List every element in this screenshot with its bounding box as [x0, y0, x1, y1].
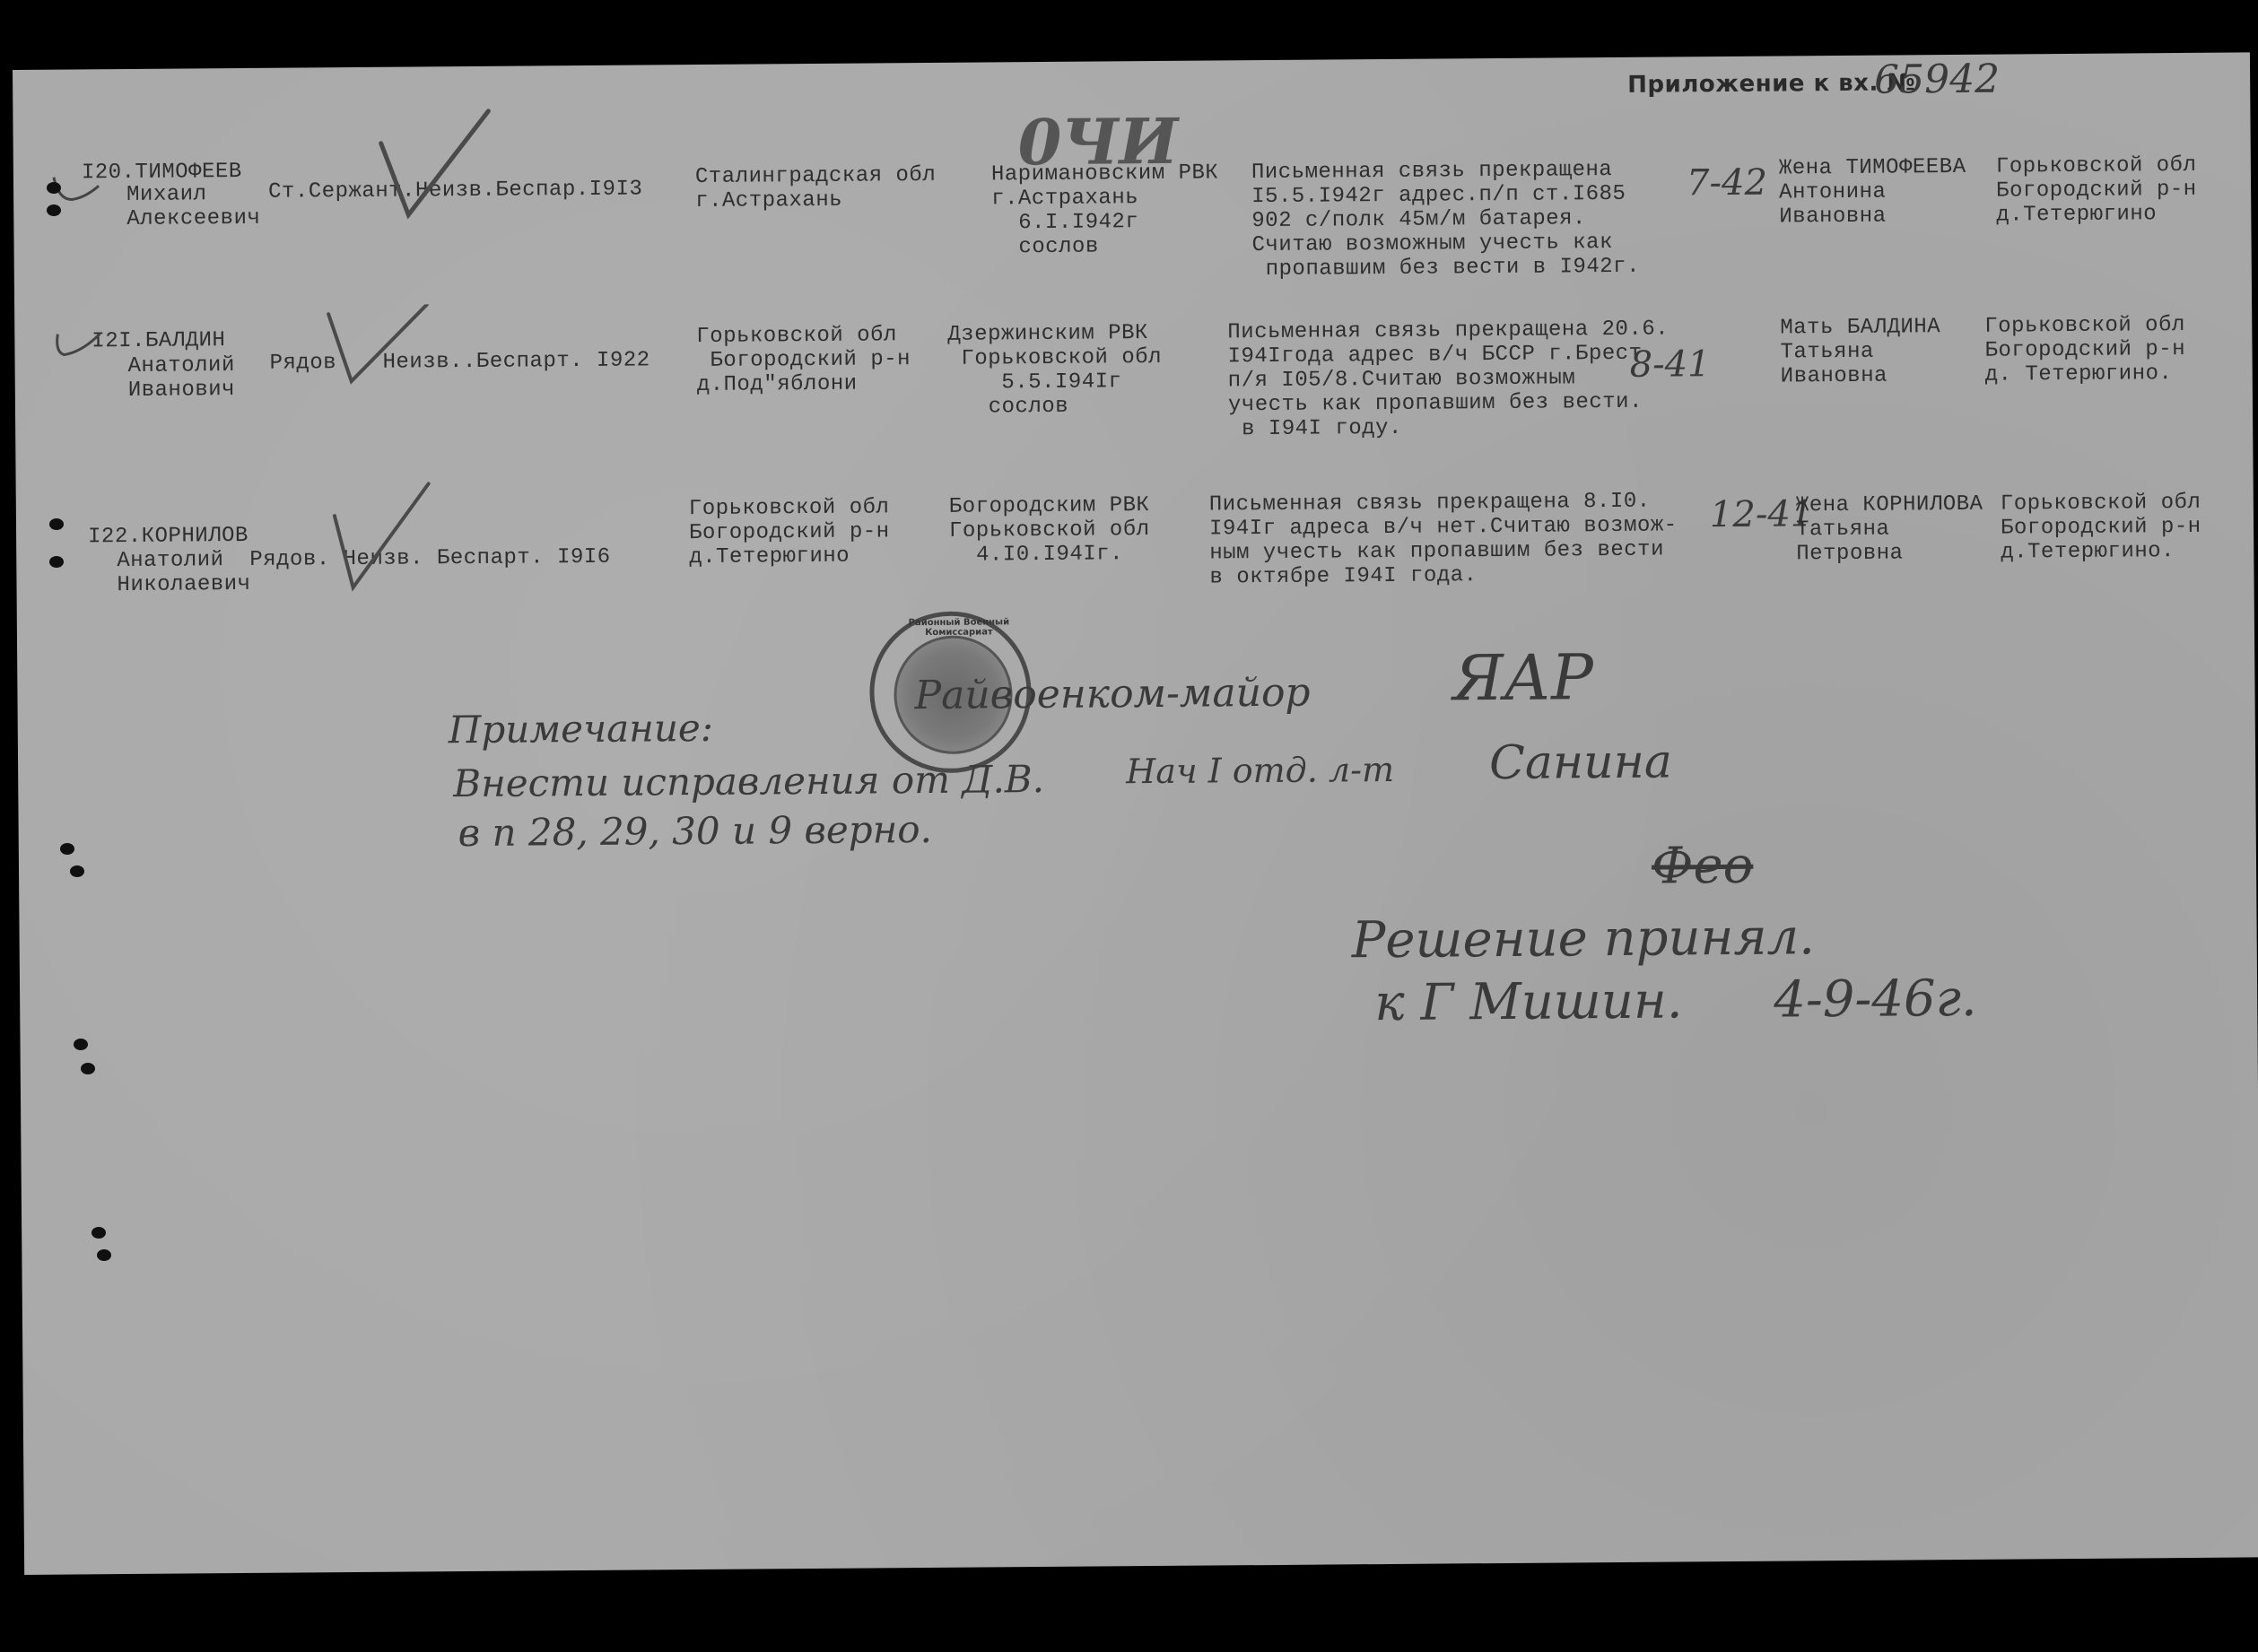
- record-first-name: Анатолий: [127, 353, 234, 378]
- binding-hole: [70, 865, 84, 877]
- record-relative-address: Горьковской обл Богородский р-н д. Тетер…: [1984, 313, 2185, 387]
- record-birthplace: Горьковской обл Богородский р-н д.Тетерю…: [689, 495, 890, 570]
- record-number-name: I22.КОРНИЛОВ: [88, 524, 248, 549]
- binding-hole: [49, 556, 64, 568]
- record-patronymic: Алексеевич: [126, 206, 260, 231]
- seal-text: Районный Военный Комиссариат: [892, 617, 1026, 638]
- binding-hole: [81, 1063, 95, 1074]
- record-patronymic: Иванович: [128, 378, 235, 403]
- decision-line-1: Решение принял.: [1351, 908, 1815, 969]
- decision-signature: к Г Мишин.: [1374, 971, 1683, 1032]
- record-relative: Жена ТИМОФЕЕВА Антонина Ивановна: [1779, 155, 1966, 230]
- record-drafted: Дзержинским РВК Горьковской обл 5.5.I94I…: [947, 321, 1162, 420]
- record-number-name: I20.ТИМОФЕЕВ: [82, 160, 242, 185]
- binding-hole: [92, 1227, 106, 1239]
- commissar-signature: ЯАР: [1452, 640, 1593, 715]
- check-mark-icon: [312, 479, 448, 596]
- record-relative: Мать БАЛДИНА Татьяна Ивановна: [1780, 315, 1940, 388]
- annex-label: Приложение к вх. №: [1627, 69, 1915, 99]
- binding-hole: [97, 1249, 111, 1261]
- chief-signature: Санина: [1489, 735, 1672, 790]
- record-hand-date: 7-42: [1687, 162, 1767, 204]
- decision-date: 4-9-46г.: [1774, 969, 1977, 1030]
- record-relative-address: Горьковской обл Богородский р-н д.Тетерю…: [1996, 153, 2197, 228]
- binding-hole: [74, 1039, 88, 1050]
- note-heading: Примечание:: [449, 706, 714, 752]
- record-birthplace: Горьковской обл Богородский р-н д.Под"яб…: [696, 323, 911, 397]
- record-drafted: Богородским РВК Горьковской обл 4.I0.I94…: [949, 493, 1150, 568]
- record-drafted: Наримановским РВК г.Астрахань 6.I.I942г …: [991, 161, 1219, 259]
- tick-icon: [50, 329, 104, 365]
- check-mark-icon: [310, 304, 446, 404]
- binding-hole: [49, 518, 64, 530]
- record-relative: Жена КОРНИЛОВА Татьяна Петровна: [1796, 492, 1983, 567]
- third-signature: Фео: [1652, 837, 1754, 896]
- binding-hole: [47, 182, 61, 194]
- record-note: Письменная связь прекращена 8.I0. I94Iг …: [1209, 489, 1678, 589]
- annex-number: 65942: [1874, 57, 2000, 103]
- binding-hole: [47, 204, 61, 216]
- binding-hole: [60, 843, 74, 855]
- record-birthplace: Сталинградская обл г.Астрахань: [695, 163, 937, 213]
- note-line-3: в п 28, 29, 30 и 9 верно.: [458, 807, 933, 855]
- chief-title: Нач I отд. л-т: [1126, 750, 1394, 791]
- record-first-name: Анатолий: [117, 548, 223, 573]
- record-note: Письменная связь прекращена I5.5.I942г а…: [1251, 158, 1640, 282]
- record-number-name: I2I.БАЛДИН: [92, 328, 225, 353]
- record-first-name: Михаил: [126, 182, 207, 207]
- document-page: Приложение к вх. № 65942 0ЧИ I20.ТИМОФЕЕ…: [13, 52, 2258, 1575]
- record-patronymic: Николаевич: [117, 572, 250, 597]
- check-mark-icon: [362, 102, 507, 229]
- record-hand-date: 8-41: [1629, 343, 1710, 386]
- commissar-title: Райвоенком-майор: [914, 670, 1311, 718]
- note-line-2: Внести исправления от Д.В.: [453, 757, 1044, 805]
- record-note: Письменная связь прекращена 20.6. I94Iго…: [1227, 317, 1670, 442]
- record-relative-address: Горьковской обл Богородский р-н д.Тетерю…: [2001, 491, 2201, 565]
